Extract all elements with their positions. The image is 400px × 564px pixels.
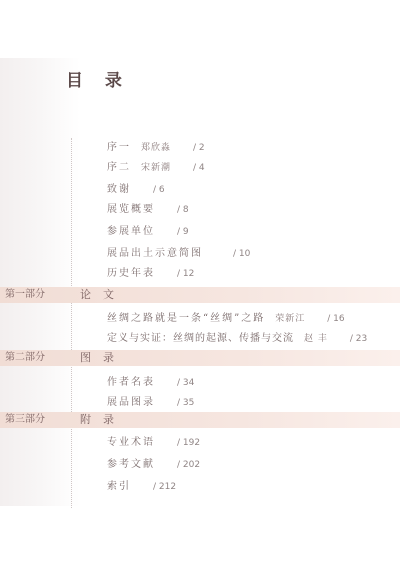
entry-label: 索引: [107, 481, 131, 492]
entry-page: / 192: [177, 438, 200, 448]
entry-page: / 34: [177, 378, 194, 388]
entry-label: 展品图录: [107, 397, 155, 408]
toc-entry-preface-2[interactable]: 序二宋新潮/ 4: [107, 160, 205, 176]
part-title: 论文: [80, 287, 126, 303]
toc-entry-essay-1[interactable]: 丝绸之路就是一条“丝绸”之路荣新江/ 16: [107, 311, 345, 327]
part-number: 第一部分: [5, 287, 45, 303]
part-title: 图录: [80, 350, 126, 366]
toc-entry-exhibition-overview[interactable]: 展览概要/ 8: [107, 202, 189, 218]
toc-entry-participating-institutions[interactable]: 参展单位/ 9: [107, 224, 189, 240]
toc-entry-bibliography[interactable]: 参考文献/ 202: [107, 457, 200, 473]
toc-entry-catalogue[interactable]: 展品图录/ 35: [107, 395, 194, 411]
toc-entry-essay-2[interactable]: 定义与实证：丝绸的起源、传播与交流赵 丰/ 23: [107, 331, 367, 347]
entry-page: / 202: [177, 460, 200, 470]
toc-entry-acknowledgements[interactable]: 致谢/ 6: [107, 182, 165, 198]
entry-page: / 6: [153, 185, 165, 195]
entry-label: 序一: [107, 142, 131, 153]
entry-label: 致谢: [107, 184, 131, 195]
entry-label: 展览概要: [107, 204, 155, 215]
entry-author: 郑欣淼: [141, 143, 171, 153]
entry-page: / 4: [193, 163, 205, 173]
entry-label: 定义与实证：丝绸的起源、传播与交流: [107, 333, 294, 344]
entry-page: / 12: [177, 269, 194, 279]
entry-author: 荣新江: [275, 314, 305, 324]
entry-label: 专业术语: [107, 437, 155, 448]
entry-label: 历史年表: [107, 268, 155, 279]
dotted-divider: [71, 138, 72, 508]
part-number: 第二部分: [5, 350, 45, 366]
entry-author: 赵 丰: [304, 334, 328, 344]
entry-page: / 23: [350, 334, 367, 344]
section-band-part-1[interactable]: 第一部分 论文: [0, 287, 400, 303]
entry-label: 展品出土示意简图: [107, 248, 203, 259]
toc-entry-index[interactable]: 索引/ 212: [107, 479, 176, 495]
toc-entry-chronology[interactable]: 历史年表/ 12: [107, 266, 194, 282]
section-band-part-2[interactable]: 第二部分 图录: [0, 350, 400, 366]
entry-page: / 10: [233, 249, 250, 259]
entry-label: 序二: [107, 162, 131, 173]
toc-entry-preface-1[interactable]: 序一郑欣淼/ 2: [107, 140, 205, 156]
entry-page: / 8: [177, 205, 189, 215]
section-band-part-3[interactable]: 第三部分 附录: [0, 412, 400, 428]
entry-label: 丝绸之路就是一条“丝绸”之路: [107, 313, 265, 324]
entry-page: / 2: [193, 143, 205, 153]
entry-label: 作者名表: [107, 377, 155, 388]
entry-label: 参展单位: [107, 226, 155, 237]
page-title: 目 录: [66, 66, 130, 91]
entry-label: 参考文献: [107, 459, 155, 470]
entry-page: / 9: [177, 227, 189, 237]
toc-entry-author-list[interactable]: 作者名表/ 34: [107, 375, 194, 391]
part-number: 第三部分: [5, 412, 45, 428]
entry-page: / 35: [177, 398, 194, 408]
toc-entry-glossary[interactable]: 专业术语/ 192: [107, 435, 200, 451]
part-title: 附录: [80, 412, 126, 428]
entry-page: / 16: [327, 314, 344, 324]
entry-author: 宋新潮: [141, 163, 171, 173]
toc-entry-excavation-map[interactable]: 展品出土示意简图/ 10: [107, 246, 250, 262]
entry-page: / 212: [153, 482, 176, 492]
